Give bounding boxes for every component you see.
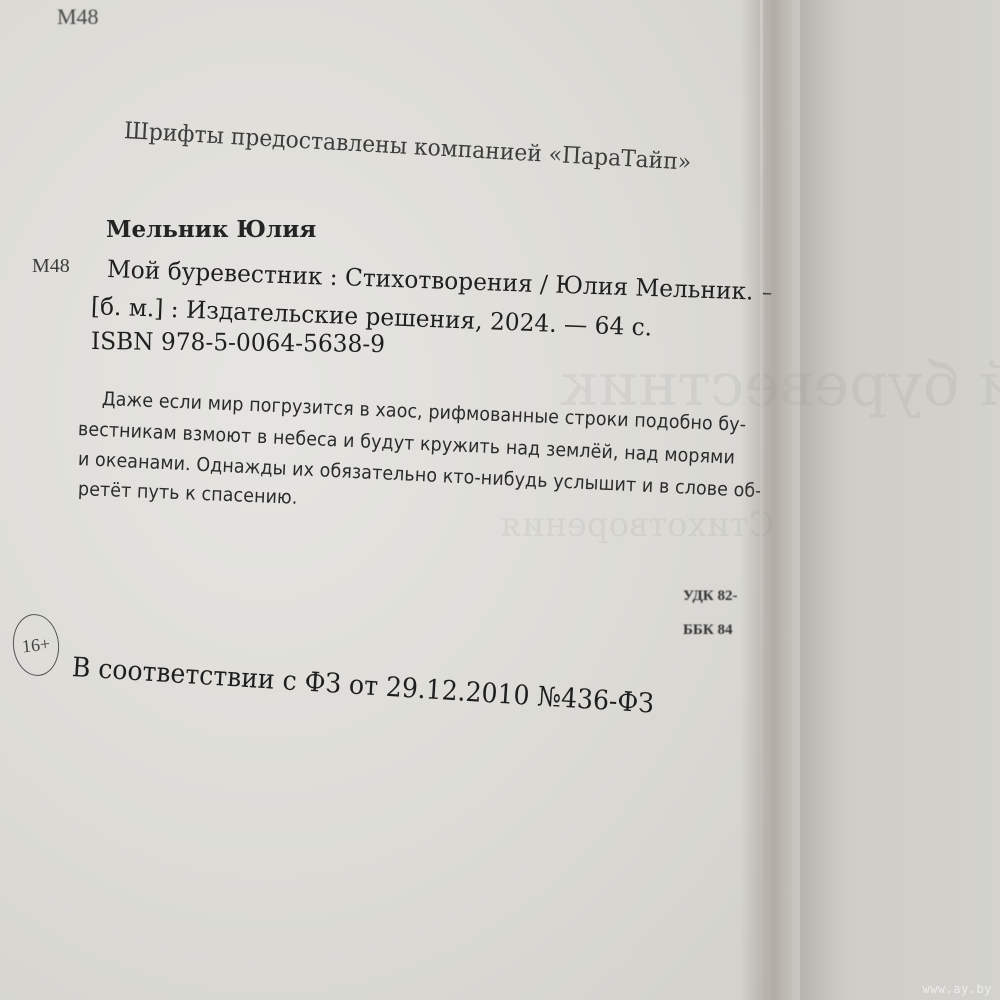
bbk-code: ББК 84: [683, 622, 732, 639]
show-through-subtitle: Стихотворения: [500, 505, 774, 545]
catalog-code: М48: [32, 255, 70, 278]
law-notice: В соответствии с ФЗ от 29.12.2010 №436-Ф…: [71, 652, 655, 720]
book-spread-photo: Мой буревестник Стихотворения М48 Шрифты…: [0, 0, 1000, 1000]
top-catalog-code: М48: [57, 4, 99, 30]
age-rating-badge: 16+: [10, 612, 62, 678]
age-rating-label: 16+: [21, 633, 51, 657]
author-name: Мельник Юлия: [106, 216, 316, 243]
right-page: [800, 0, 1000, 1000]
udk-code: УДК 82-: [683, 588, 737, 605]
isbn: ISBN 978-5-0064-5638-9: [91, 327, 385, 358]
fonts-credit: Шрифты предоставлены компанией «ПараТайп…: [123, 118, 692, 176]
watermark: www.ay.by: [922, 982, 992, 996]
gutter-shadow: [740, 0, 830, 1000]
abstract-line: ретёт путь к спасению.: [78, 478, 298, 509]
copyright-page: Мой буревестник Стихотворения М48 Шрифты…: [0, 0, 765, 1000]
